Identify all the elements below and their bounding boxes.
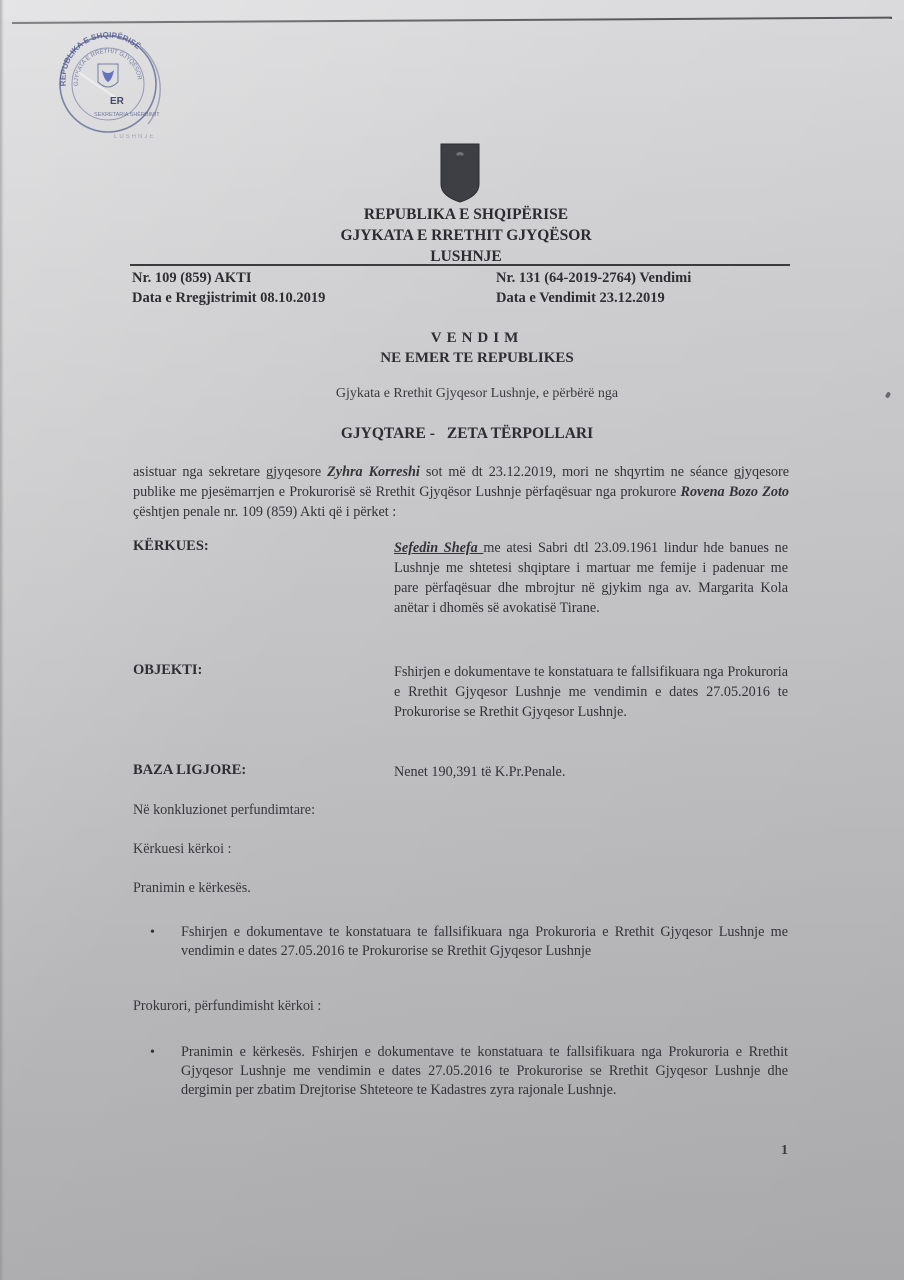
list-item: • Fshirjen e dokumentave te konstatuara … [155, 923, 788, 961]
claimant-label: KËRKUES: [133, 538, 209, 555]
acceptance-line: Pranimin e kërkesës. [133, 880, 251, 897]
object-text: Fshirjen e dokumentave te konstatuara te… [394, 662, 788, 722]
court-composition: Gjykata e Rrethit Gjyqesor Lushnje, e pë… [0, 386, 904, 402]
claimant-name: Sefedin Shefa [394, 540, 483, 556]
secretary-name: Zyhra Korreshi [327, 464, 420, 480]
judge-label: GJYQTARE - [341, 425, 435, 442]
conclusions-heading: Në konkluzionet perfundimtare: [133, 802, 315, 819]
claimant-text: Sefedin Shefa me atesi Sabri dtl 23.09.1… [394, 538, 788, 618]
decision-date: Data e Vendimit 23.12.2019 [496, 288, 691, 308]
claimant-request-text: Fshirjen e dokumentave te konstatuara te… [155, 923, 788, 961]
legal-basis-label: BAZA LIGJORE: [133, 762, 246, 779]
prosecutor-requested: Prokurori, përfundimisht kërkoi : [133, 998, 321, 1015]
judge-name: ZETA TËRPOLLARI [447, 425, 593, 442]
court-name: GJYKATA E RRETHIT GJYQËSOR [0, 225, 904, 246]
country-name: REPUBLIKA E SHQIPËRISE [0, 204, 904, 225]
object-label: OBJEKTI: [133, 662, 202, 679]
legal-basis-text: Nenet 190,391 të K.Pr.Penale. [394, 762, 788, 782]
prosecutor-request-text: Pranimin e kërkesës. Fshirjen e dokument… [155, 1043, 788, 1100]
prosecutor-name: Rovena Bozo Zoto [681, 484, 790, 500]
act-number: Nr. 109 (859) AKTI [132, 268, 325, 288]
intro-paragraph: asistuar nga sekretare gjyqesore Zyhra K… [133, 462, 789, 522]
svg-text:SEKRETARIA SHËRBIMIT: SEKRETARIA SHËRBIMIT [94, 111, 160, 118]
court-header: REPUBLIKA E SHQIPËRISE GJYKATA E RRETHIT… [0, 204, 904, 267]
registration-date: Data e Rregjistrimit 08.10.2019 [132, 288, 325, 308]
svg-text:ER: ER [110, 96, 125, 107]
intro-text-1: asistuar nga sekretare gjyqesore [133, 464, 327, 480]
decision-meta: Nr. 131 (64-2019-2764) Vendimi Data e Ve… [496, 268, 691, 308]
bullet-icon: • [150, 923, 155, 942]
page-left-edge [0, 0, 4, 1280]
judge-line: GJYQTARE -ZETA TËRPOLLARI [0, 425, 904, 443]
intro-text-3: çështjen penale nr. 109 (859) Akti që i … [133, 504, 396, 520]
claimant-requested: Kërkuesi kërkoi : [133, 841, 232, 858]
coat-of-arms-shield-icon [438, 142, 482, 204]
document-title: VENDIM NE EMER TE REPUBLIKES [0, 328, 904, 368]
svg-text:LUSHNJE: LUSHNJE [114, 134, 155, 140]
bullet-icon: • [150, 1043, 155, 1062]
header-divider [130, 264, 790, 266]
official-seal-icon: REPUBLIKA E SHQIPËRISË GJYKATA E RRETHIT… [44, 24, 174, 142]
title-heading: VENDIM [0, 328, 904, 348]
title-subheading: NE EMER TE REPUBLIKES [0, 348, 904, 368]
list-item: • Pranimin e kërkesës. Fshirjen e dokume… [155, 1043, 788, 1100]
page-number: 1 [781, 1143, 788, 1159]
decision-number: Nr. 131 (64-2019-2764) Vendimi [496, 268, 691, 288]
act-meta: Nr. 109 (859) AKTI Data e Rregjistrimit … [132, 268, 325, 308]
